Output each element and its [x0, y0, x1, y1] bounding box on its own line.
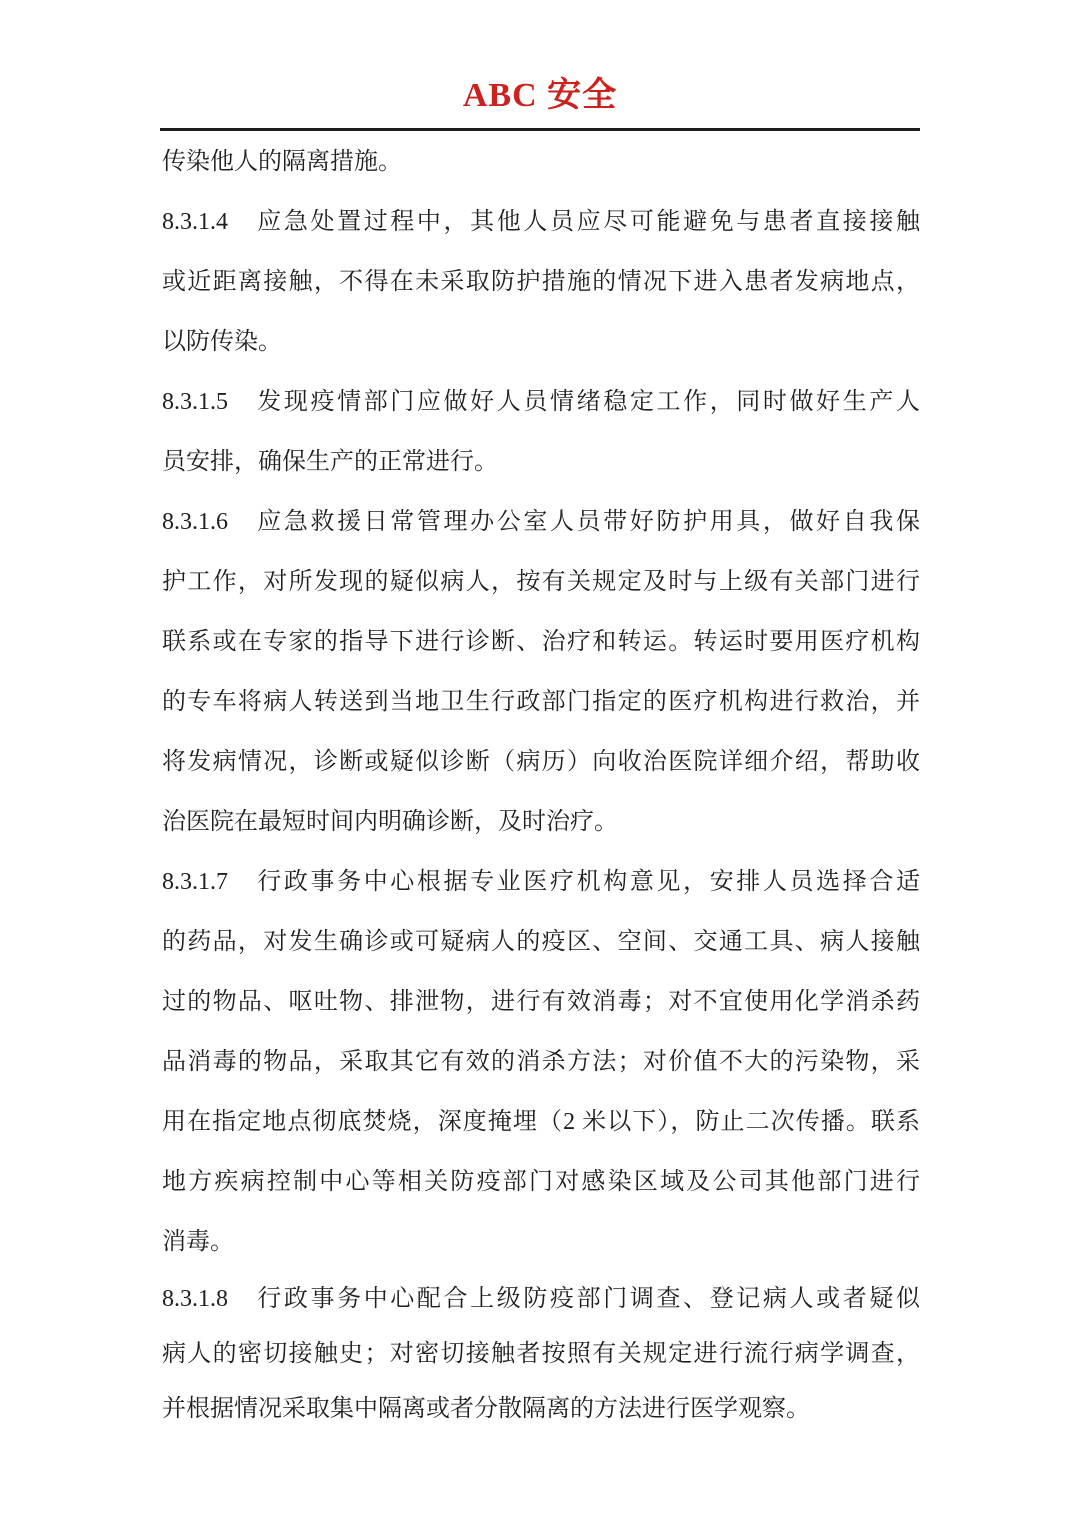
text-line: 用在指定地点彻底焚烧，深度掩埋（2 米以下），防止二次传播。联系	[162, 1092, 920, 1152]
text-line: 传染他人的隔离措施。	[162, 132, 920, 192]
text-line: 8.3.1.5 发现疫情部门应做好人员情绪稳定工作，同时做好生产人	[162, 372, 920, 432]
text-line: 8.3.1.4 应急处置过程中，其他人员应尽可能避免与患者直接接触	[162, 192, 920, 252]
text-line: 8.3.1.8 行政事务中心配合上级防疫部门调查、登记病人或者疑似	[162, 1272, 920, 1327]
text-line: 病人的密切接触史；对密切接触者按照有关规定进行流行病学调查，	[162, 1327, 920, 1382]
text-line: 将发病情况，诊断或疑似诊断（病历）向收治医院详细介绍，帮助收	[162, 732, 920, 792]
text-line: 以防传染。	[162, 312, 920, 372]
text-line: 联系或在专家的指导下进行诊断、治疗和转运。转运时要用医疗机构	[162, 612, 920, 672]
document-page: ABC 安全 传染他人的隔离措施。8.3.1.4 应急处置过程中，其他人员应尽可…	[0, 0, 1080, 1527]
paragraph-8-3-1-6: 8.3.1.6 应急救援日常管理办公室人员带好防护用具，做好自我保护工作，对所发…	[162, 492, 920, 852]
text-line: 的药品，对发生确诊或可疑病人的疫区、空间、交通工具、病人接触	[162, 912, 920, 972]
document-body: 传染他人的隔离措施。8.3.1.4 应急处置过程中，其他人员应尽可能避免与患者直…	[162, 131, 920, 1437]
text-line: 员安排，确保生产的正常进行。	[162, 432, 920, 492]
text-line: 地方疾病控制中心等相关防疫部门对感染区域及公司其他部门进行	[162, 1152, 920, 1212]
paragraph-8-3-1-7: 8.3.1.7 行政事务中心根据专业医疗机构意见，安排人员选择合适的药品，对发生…	[162, 852, 920, 1272]
text-line: 8.3.1.6 应急救援日常管理办公室人员带好防护用具，做好自我保	[162, 492, 920, 552]
page-title: ABC 安全	[463, 77, 617, 114]
text-line: 或近距离接触，不得在未采取防护措施的情况下进入患者发病地点，	[162, 252, 920, 312]
page-header: ABC 安全	[160, 0, 920, 116]
paragraph-8-3-1-5: 8.3.1.5 发现疫情部门应做好人员情绪稳定工作，同时做好生产人员安排，确保生…	[162, 372, 920, 492]
text-line: 护工作，对所发现的疑似病人，按有关规定及时与上级有关部门进行	[162, 552, 920, 612]
text-line: 品消毒的物品，采取其它有效的消杀方法；对价值不大的污染物，采	[162, 1032, 920, 1092]
paragraph-continuation: 传染他人的隔离措施。	[162, 132, 920, 192]
text-line: 的专车将病人转送到当地卫生行政部门指定的医疗机构进行救治，并	[162, 672, 920, 732]
text-line: 消毒。	[162, 1212, 920, 1272]
paragraph-8-3-1-4: 8.3.1.4 应急处置过程中，其他人员应尽可能避免与患者直接接触或近距离接触，…	[162, 192, 920, 372]
paragraph-8-3-1-8: 8.3.1.8 行政事务中心配合上级防疫部门调查、登记病人或者疑似病人的密切接触…	[162, 1272, 920, 1437]
text-line: 8.3.1.7 行政事务中心根据专业医疗机构意见，安排人员选择合适	[162, 852, 920, 912]
text-line: 并根据情况采取集中隔离或者分散隔离的方法进行医学观察。	[162, 1382, 920, 1437]
text-line: 过的物品、呕吐物、排泄物，进行有效消毒；对不宜使用化学消杀药	[162, 972, 920, 1032]
text-line: 治医院在最短时间内明确诊断，及时治疗。	[162, 792, 920, 852]
